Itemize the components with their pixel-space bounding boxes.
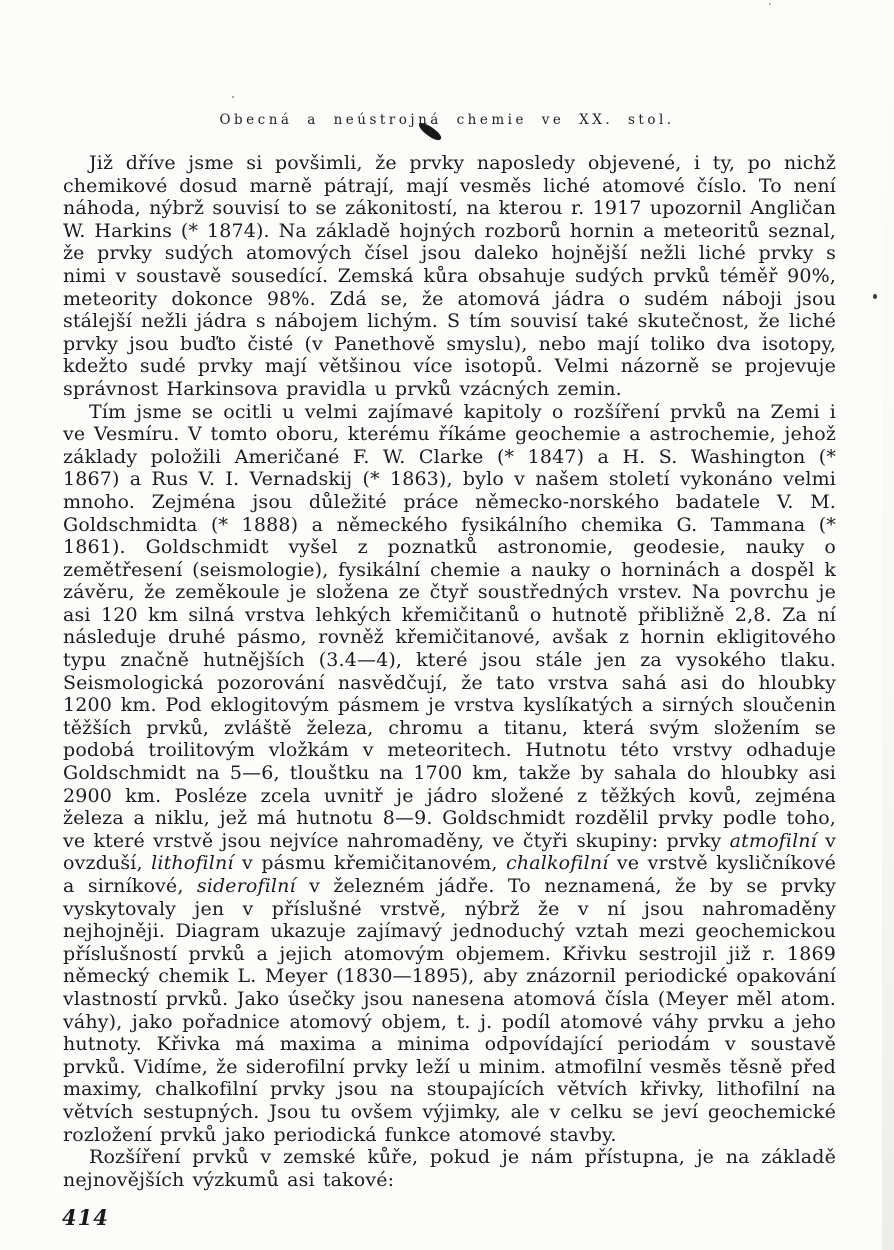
page-number: 414 [62,1205,109,1230]
scan-speck [873,294,877,299]
paragraph: Rozšíření prvků v zemské kůře, pokud je … [63,1146,836,1191]
paragraph: Tím jsme se ocitli u velmi zajímavé kapi… [63,401,836,1147]
scan-speck [769,3,771,5]
page-body: Již dříve jsme si povšimli, že prvky nap… [63,152,836,1191]
book-page: Obecná a neústrojná chemie ve XX. stol. … [0,0,894,1250]
scan-edge-shadow [882,0,894,1250]
running-header: Obecná a neústrojná chemie ve XX. stol. [0,112,894,128]
paragraph: Již dříve jsme si povšimli, že prvky nap… [63,152,836,401]
scan-speck [232,96,234,98]
